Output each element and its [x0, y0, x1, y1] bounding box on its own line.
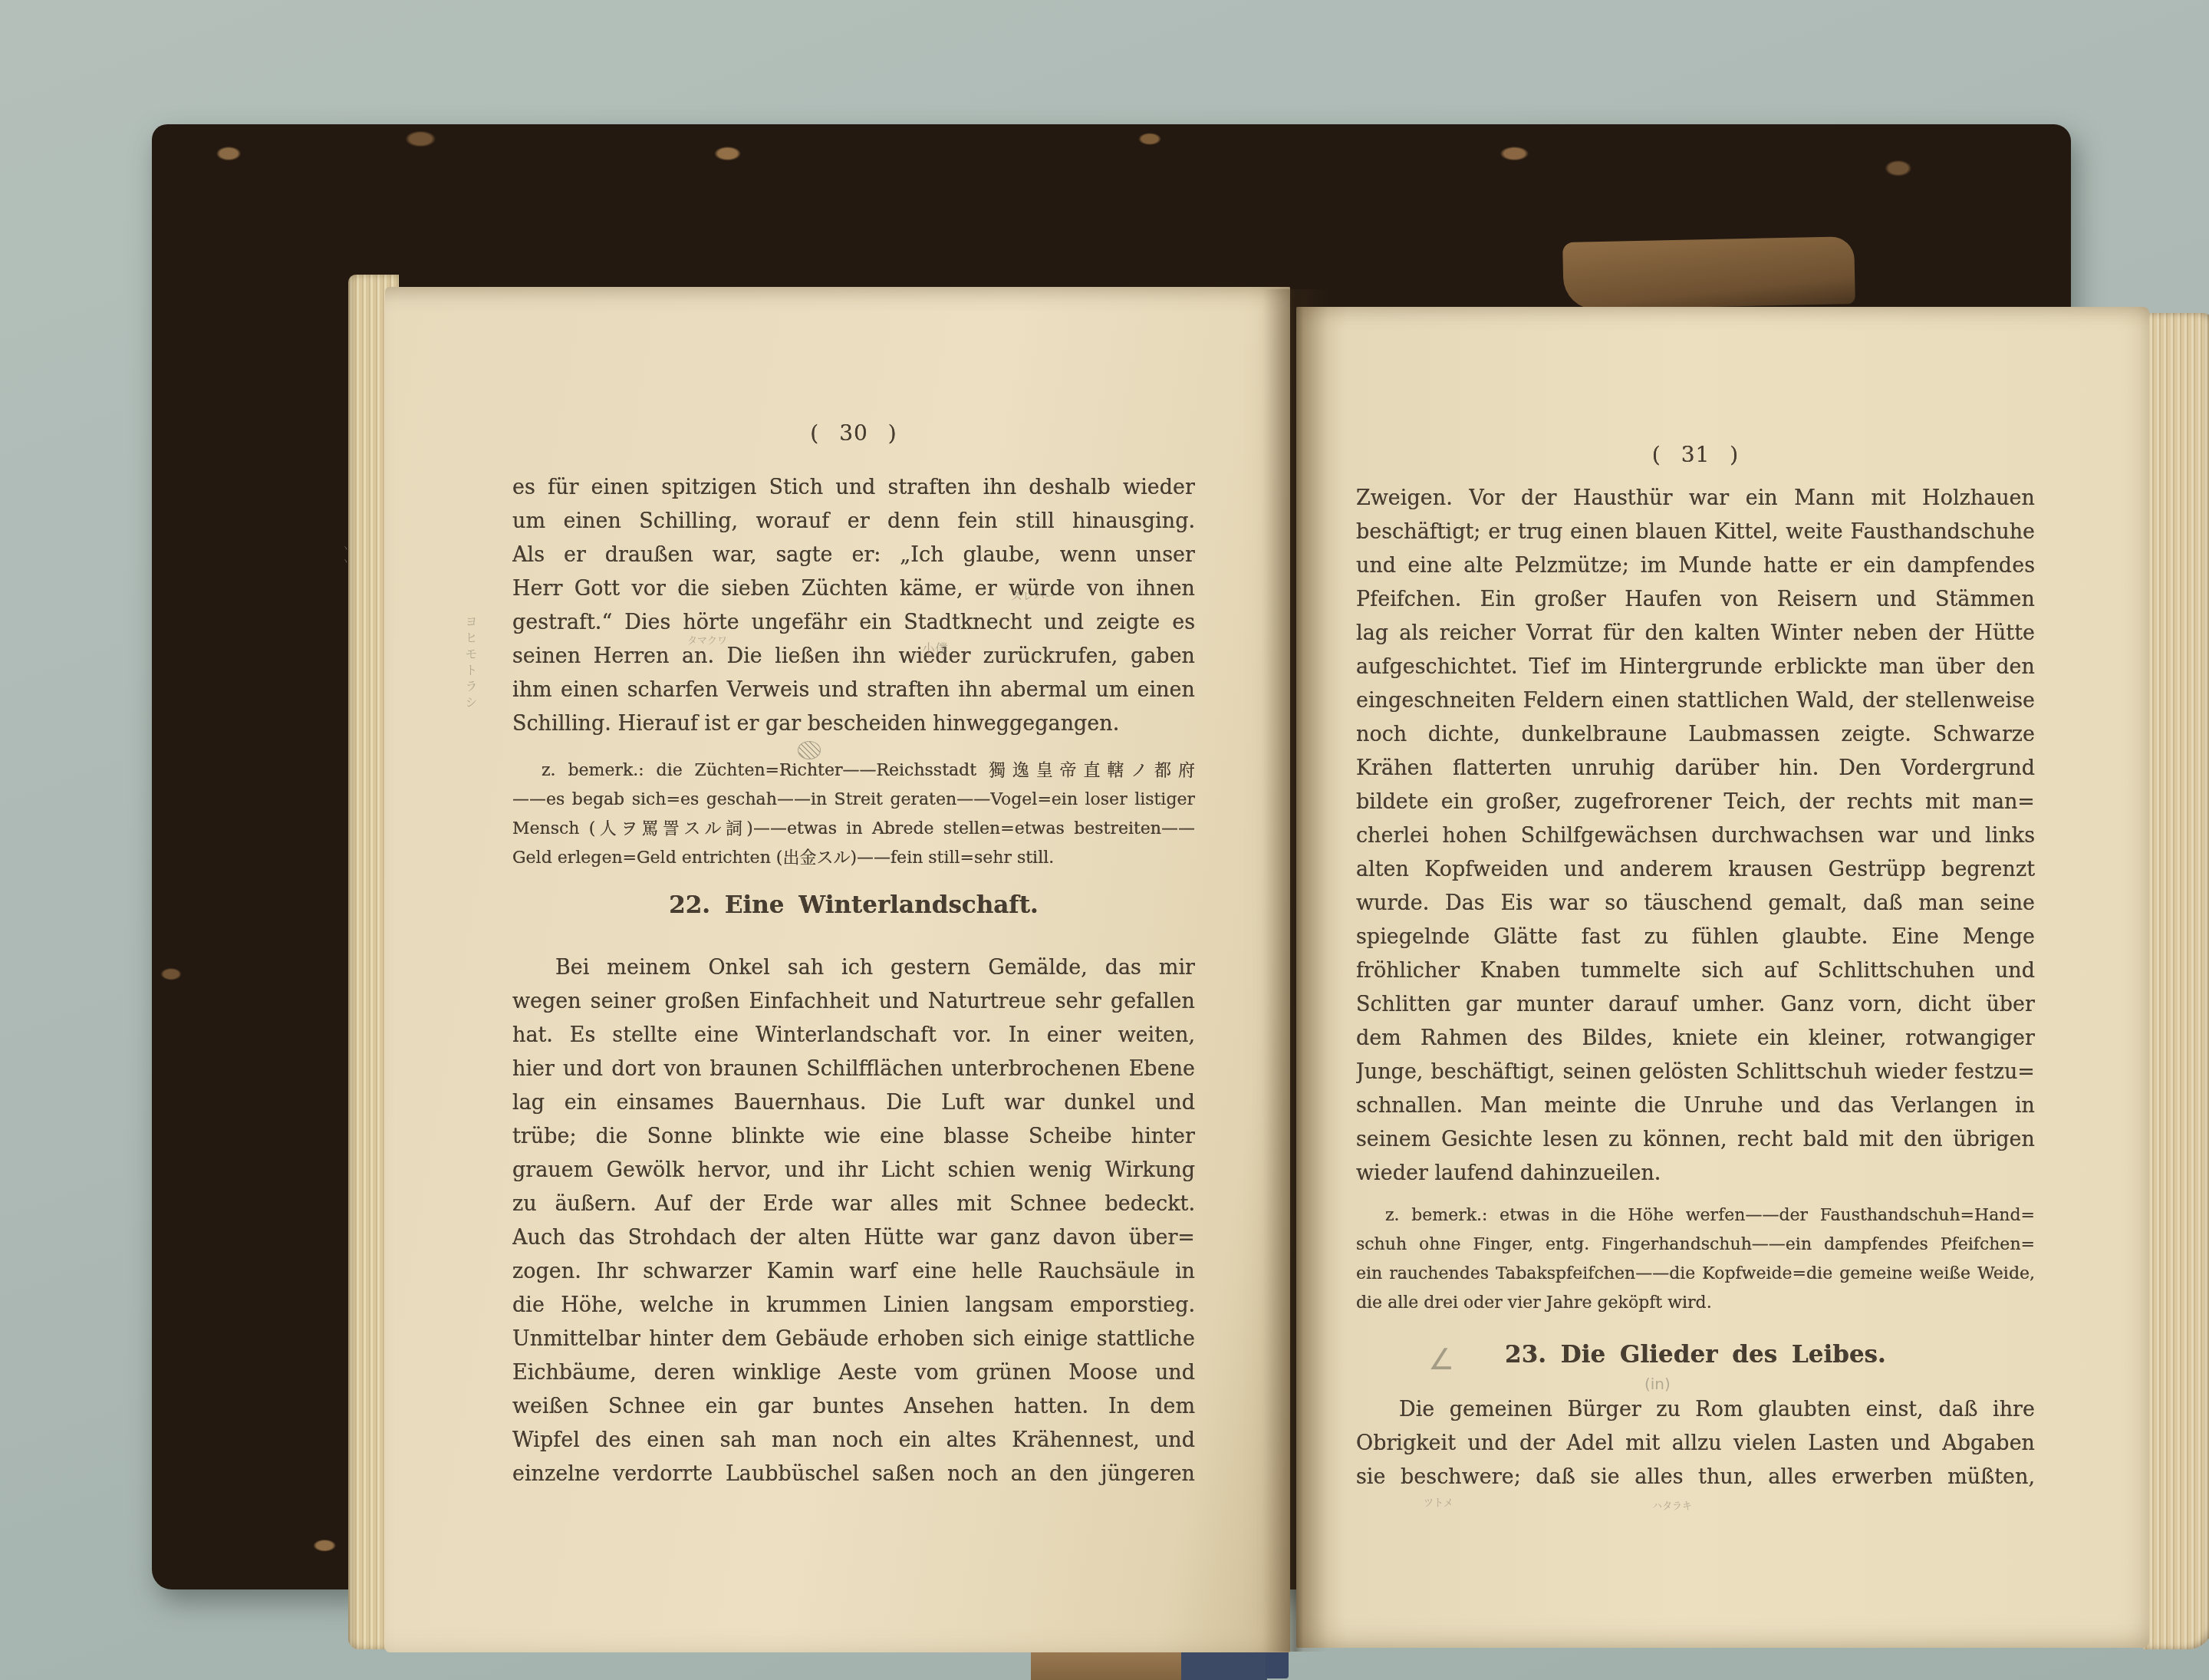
pencil-annotation: 小僕: [922, 638, 948, 657]
text-line: ihm einen scharfen Verweis und straften …: [512, 674, 1195, 707]
cover-worn-patch: [1031, 1649, 1181, 1680]
line-text: alten Kopfweiden und anderem krausen Ges…: [1356, 853, 2035, 887]
text-line: 15 trübe; die Sonne blinkte wie eine bla…: [512, 1120, 1195, 1154]
text-line: hier und dort von braunen Schilfflächen …: [512, 1052, 1195, 1086]
line-text: Junge, beschäftigt, seinen gelösten Schl…: [1356, 1056, 2035, 1089]
text-line: Herr Gott vor die sieben Züchten käme, e…: [512, 572, 1195, 606]
line-text: Eichbäume, deren winklige Aeste vom grün…: [512, 1356, 1195, 1390]
text-line: alten Kopfweiden und anderem krausen Ges…: [1356, 853, 2035, 887]
line-text: grauem Gewölk hervor, und ihr Licht schi…: [512, 1154, 1195, 1188]
page-30-text: ( 30 ) es für einen spitzigen Stich und …: [512, 124, 1195, 1589]
note-text: z. bemerk.: etwas in die Höhe werfen——de…: [1356, 1201, 2035, 1230]
text-line: eingeschneiten Feldern einen stattlichen…: [1356, 684, 2035, 718]
book: ( 30 ) es für einen spitzigen Stich und …: [152, 124, 2071, 1589]
text-line: Die gemeinen Bürger zu Rom glaubten eins…: [1356, 1393, 2035, 1427]
note-line: Mensch (人ヲ罵詈スル詞)——etwas in Abrede stelle…: [512, 815, 1195, 844]
text-line: Wipfel des einen sah man noch ein altes …: [512, 1424, 1195, 1458]
paragraph-continuation: es für einen spitzigen Stich und strafte…: [512, 471, 1195, 741]
line-text: Obrigkeit und der Adel mit allzu vielen …: [1356, 1427, 2035, 1461]
line-text: gestraft.“ Dies hörte ungefähr ein Stadt…: [512, 606, 1195, 640]
page-31-text: ( 31 ) Zweigen. Vor der Hausthür war ein…: [1356, 124, 2035, 1589]
section-heading-22: 22. Eine Winterlandschaft.: [512, 891, 1195, 919]
vocabulary-notes: z. bemerk.: die Züchten=Richter——Reichss…: [512, 756, 1195, 873]
line-text: zogen. Ihr schwarzer Kamin warf eine hel…: [512, 1255, 1195, 1289]
line-text: wurde. Das Eis war so täuschend gemalt, …: [1356, 887, 2035, 921]
note-text: die alle drei oder vier Jahre geköpft wi…: [1356, 1289, 2035, 1318]
text-line: spiegelnde Glätte fast zu fühlen glaubte…: [1356, 921, 2035, 954]
line-text: sie beschwere; daß sie alles thun, alles…: [1356, 1461, 2035, 1494]
note-line: ——es begab sich=es geschah——in Streit ge…: [512, 786, 1195, 815]
pencil-hatch-mark: [798, 741, 821, 759]
note-line: Geld erlegen=Geld entrichten (出金スル)——fei…: [512, 844, 1195, 873]
pencil-annotation: (in): [1644, 1375, 1671, 1393]
line-text: seinem Gesichte lesen zu können, recht b…: [1356, 1123, 2035, 1157]
vocabulary-notes: z. bemerk.: etwas in die Höhe werfen——de…: [1356, 1201, 2035, 1318]
line-text: Pfeifchen. Ein großer Haufen von Reisern…: [1356, 583, 2035, 617]
line-text: lag ein einsames Bauernhaus. Die Luft wa…: [512, 1086, 1195, 1120]
line-text: weißen Schnee ein gar buntes Ansehen hat…: [512, 1390, 1195, 1424]
pencil-annotation: ヽヽ: [339, 543, 352, 569]
text-line: Schilling. Hierauf ist er gar bescheiden…: [512, 707, 1195, 741]
line-text: um einen Schilling, worauf er denn fein …: [512, 505, 1195, 539]
line-text: lag als reicher Vorrat für den kalten Wi…: [1356, 617, 2035, 651]
text-line: noch dichte, dunkelbraune Laubmassen zei…: [1356, 718, 2035, 752]
pencil-angle-mark: ∠: [1428, 1342, 1454, 1376]
line-text: Schlitten gar munter darauf umher. Ganz …: [1356, 988, 2035, 1022]
text-line: Junge, beschäftigt, seinen gelösten Schl…: [1356, 1056, 2035, 1089]
text-line: um einen Schilling, worauf er denn fein …: [512, 505, 1195, 539]
line-text: es für einen spitzigen Stich und strafte…: [512, 471, 1195, 505]
text-line: Unmittelbar hinter dem Gebäude erhoben s…: [512, 1323, 1195, 1356]
line-text: und eine alte Pelzmütze; im Munde hatte …: [1356, 549, 2035, 583]
text-line: 10 bildete ein großer, zugefrorener Teic…: [1356, 786, 2035, 819]
line-text: schnallen. Man meinte die Unruhe und das…: [1356, 1089, 2035, 1123]
pencil-annotation: ツトメ: [1424, 1494, 1453, 1509]
line-text: wegen seiner großen Einfachheit und Natu…: [512, 985, 1195, 1019]
note-line: z. bemerk.: die Züchten=Richter——Reichss…: [512, 756, 1195, 786]
line-text: ihm einen scharfen Verweis und straften …: [512, 674, 1195, 707]
note-line: die alle drei oder vier Jahre geköpft wi…: [1356, 1289, 2035, 1318]
line-text: Als er draußen war, sagte er: „Ich glaub…: [512, 539, 1195, 572]
line-text: Zweigen. Vor der Hausthür war ein Mann m…: [1356, 482, 2035, 516]
note-text: ein rauchendes Tabakspfeifchen——die Kopf…: [1356, 1260, 2035, 1289]
pencil-annotation: タマクワ: [687, 632, 727, 647]
pencil-annotation: スレハー: [1011, 588, 1056, 604]
note-text: ——es begab sich=es geschah——in Streit ge…: [512, 786, 1195, 815]
paragraph-continuation: Zweigen. Vor der Hausthür war ein Mann m…: [1356, 482, 2035, 1191]
line-text: zu äußern. Auf der Erde war alles mit Sc…: [512, 1188, 1195, 1221]
line-text: Wipfel des einen sah man noch ein altes …: [512, 1424, 1195, 1458]
text-line: wegen seiner großen Einfachheit und Natu…: [512, 985, 1195, 1019]
text-line: und eine alte Pelzmütze; im Munde hatte …: [1356, 549, 2035, 583]
line-text: eingeschneiten Feldern einen stattlichen…: [1356, 684, 2035, 718]
text-line: seinen Herren an. Die ließen ihn wieder …: [512, 640, 1195, 674]
text-line: wieder laufend dahinzueilen.: [1356, 1157, 2035, 1191]
line-text: Schilling. Hierauf ist er gar bescheiden…: [512, 707, 1195, 741]
line-text: Herr Gott vor die sieben Züchten käme, e…: [512, 572, 1195, 606]
paragraph-glieder-des-leibes: Die gemeinen Bürger zu Rom glaubten eins…: [1356, 1393, 2035, 1494]
text-line: hat. Es stellte eine Winterlandschaft vo…: [512, 1019, 1195, 1052]
line-text: Unmittelbar hinter dem Gebäude erhoben s…: [512, 1323, 1195, 1356]
text-line: Krähen flatterten unruhig darüber hin. D…: [1356, 752, 2035, 786]
text-line: grauem Gewölk hervor, und ihr Licht schi…: [512, 1154, 1195, 1188]
text-line: es für einen spitzigen Stich und strafte…: [512, 471, 1195, 505]
text-line: 20 die Höhe, welche in krummen Linien la…: [512, 1289, 1195, 1323]
text-line: 25 sie beschwere; daß sie alles thun, al…: [1356, 1461, 2035, 1494]
line-text: noch dichte, dunkelbraune Laubmassen zei…: [1356, 718, 2035, 752]
line-text: aufgeschichtet. Tief im Hintergrunde erb…: [1356, 651, 2035, 684]
line-text: Auch das Strohdach der alten Hütte war g…: [512, 1221, 1195, 1255]
text-line: Schlitten gar munter darauf umher. Ganz …: [1356, 988, 2035, 1022]
text-line: aufgeschichtet. Tief im Hintergrunde erb…: [1356, 651, 2035, 684]
line-text: einzelne verdorrte Laubbüschel saßen noc…: [512, 1458, 1195, 1491]
text-line: Zweigen. Vor der Hausthür war ein Mann m…: [1356, 482, 2035, 516]
line-text: Die gemeinen Bürger zu Rom glaubten eins…: [1356, 1393, 2035, 1427]
page-number-30: ( 30 ): [512, 420, 1195, 446]
text-line: schnallen. Man meinte die Unruhe und das…: [1356, 1089, 2035, 1123]
line-text: trübe; die Sonne blinkte wie eine blasse…: [512, 1120, 1195, 1154]
page-edges-right: [2143, 313, 2209, 1649]
line-text: beschäftigt; er trug einen blauen Kittel…: [1356, 516, 2035, 549]
line-text: cherlei hohen Schilfgewächsen durchwachs…: [1356, 819, 2035, 853]
text-line: weißen Schnee ein gar buntes Ansehen hat…: [512, 1390, 1195, 1424]
text-line: 5 gestraft.“ Dies hörte ungefähr ein Sta…: [512, 606, 1195, 640]
line-text: dem Rahmen des Bildes, kniete ein kleine…: [1356, 1022, 2035, 1056]
paragraph-winterlandschaft: 10 Bei meinem Onkel sah ich gestern Gemä…: [512, 951, 1195, 1491]
text-line: Als er draußen war, sagte er: „Ich glaub…: [512, 539, 1195, 572]
photo-scene: ( 30 ) es für einen spitzigen Stich und …: [0, 0, 2209, 1680]
text-line: cherlei hohen Schilfgewächsen durchwachs…: [1356, 819, 2035, 853]
text-line: Obrigkeit und der Adel mit allzu vielen …: [1356, 1427, 2035, 1461]
text-line: Auch das Strohdach der alten Hütte war g…: [512, 1221, 1195, 1255]
text-line: beschäftigt; er trug einen blauen Kittel…: [1356, 516, 2035, 549]
text-line: dem Rahmen des Bildes, kniete ein kleine…: [1356, 1022, 2035, 1056]
text-line: Eichbäume, deren winklige Aeste vom grün…: [512, 1356, 1195, 1390]
note-text: Mensch (人ヲ罵詈スル詞)——etwas in Abrede stelle…: [512, 815, 1195, 844]
text-line: Pfeifchen. Ein großer Haufen von Reisern…: [1356, 583, 2035, 617]
note-line: schuh ohne Finger, entg. Fingerhandschuh…: [1356, 1230, 2035, 1260]
text-line: 10 Bei meinem Onkel sah ich gestern Gemä…: [512, 951, 1195, 985]
text-line: 25 einzelne verdorrte Laubbüschel saßen …: [512, 1458, 1195, 1491]
line-text: bildete ein großer, zugefrorener Teich, …: [1356, 786, 2035, 819]
text-line: zu äußern. Auf der Erde war alles mit Sc…: [512, 1188, 1195, 1221]
line-text: Bei meinem Onkel sah ich gestern Gemälde…: [512, 951, 1195, 985]
note-line: ein rauchendes Tabakspfeifchen——die Kopf…: [1356, 1260, 2035, 1289]
text-line: zogen. Ihr schwarzer Kamin warf eine hel…: [512, 1255, 1195, 1289]
note-text: schuh ohne Finger, entg. Fingerhandschuh…: [1356, 1230, 2035, 1260]
line-text: Krähen flatterten unruhig darüber hin. D…: [1356, 752, 2035, 786]
text-line: wurde. Das Eis war so täuschend gemalt, …: [1356, 887, 2035, 921]
line-text: spiegelnde Glätte fast zu fühlen glaubte…: [1356, 921, 2035, 954]
text-line: 20 seinem Gesichte lesen zu können, rech…: [1356, 1123, 2035, 1157]
note-line: z. bemerk.: etwas in die Höhe werfen——de…: [1356, 1201, 2035, 1230]
line-text: wieder laufend dahinzueilen.: [1356, 1157, 2035, 1191]
line-text: seinen Herren an. Die ließen ihn wieder …: [512, 640, 1195, 674]
line-text: hier und dort von braunen Schilfflächen …: [512, 1052, 1195, 1086]
pencil-annotation: ヨヒモトラシ: [462, 615, 479, 712]
text-line: lag ein einsames Bauernhaus. Die Luft wa…: [512, 1086, 1195, 1120]
text-line: 5 lag als reicher Vorrat für den kalten …: [1356, 617, 2035, 651]
page-number-31: ( 31 ): [1356, 442, 2035, 467]
note-text: z. bemerk.: die Züchten=Richter——Reichss…: [512, 756, 1195, 786]
line-text: hat. Es stellte eine Winterlandschaft vo…: [512, 1019, 1195, 1052]
text-line: 15 fröhlicher Knaben tummelte sich auf S…: [1356, 954, 2035, 988]
section-heading-23: 23. Die Glieder des Leibes.: [1356, 1341, 2035, 1369]
pencil-annotation: ハタラキ: [1652, 1497, 1692, 1512]
line-text: die Höhe, welche in krummen Linien langs…: [512, 1289, 1195, 1323]
note-text: Geld erlegen=Geld entrichten (出金スル)——fei…: [512, 844, 1195, 873]
line-text: fröhlicher Knaben tummelte sich auf Schl…: [1356, 954, 2035, 988]
